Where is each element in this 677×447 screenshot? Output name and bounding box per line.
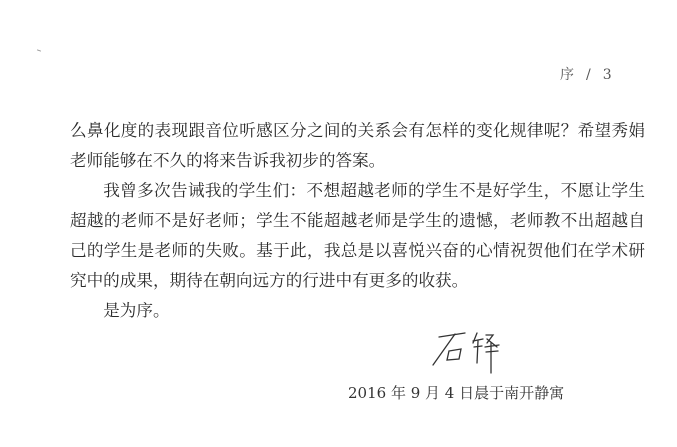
header-separator: / — [586, 67, 593, 83]
preface-body: 么鼻化度的表现跟音位听感区分之间的关系会有怎样的变化规律呢？希望秀娟老师能够在不… — [70, 116, 645, 326]
running-header: 序/3 — [560, 64, 614, 84]
paragraph-closing: 是为序。 — [70, 296, 645, 326]
paragraph-continuation: 么鼻化度的表现跟音位听感区分之间的关系会有怎样的变化规律呢？希望秀娟老师能够在不… — [70, 116, 645, 176]
section-title: 序 — [560, 64, 576, 84]
dateline: 2016 年 9 月 4 日晨于南开静寓 — [348, 382, 564, 403]
paragraph-teaching: 我曾多次告诫我的学生们：不想超越老师的学生不是好学生，不愿让学生超越的老师不是好… — [70, 176, 645, 296]
scan-speck — [37, 49, 41, 51]
handwritten-signature — [425, 325, 515, 375]
page-number: 3 — [603, 67, 614, 83]
